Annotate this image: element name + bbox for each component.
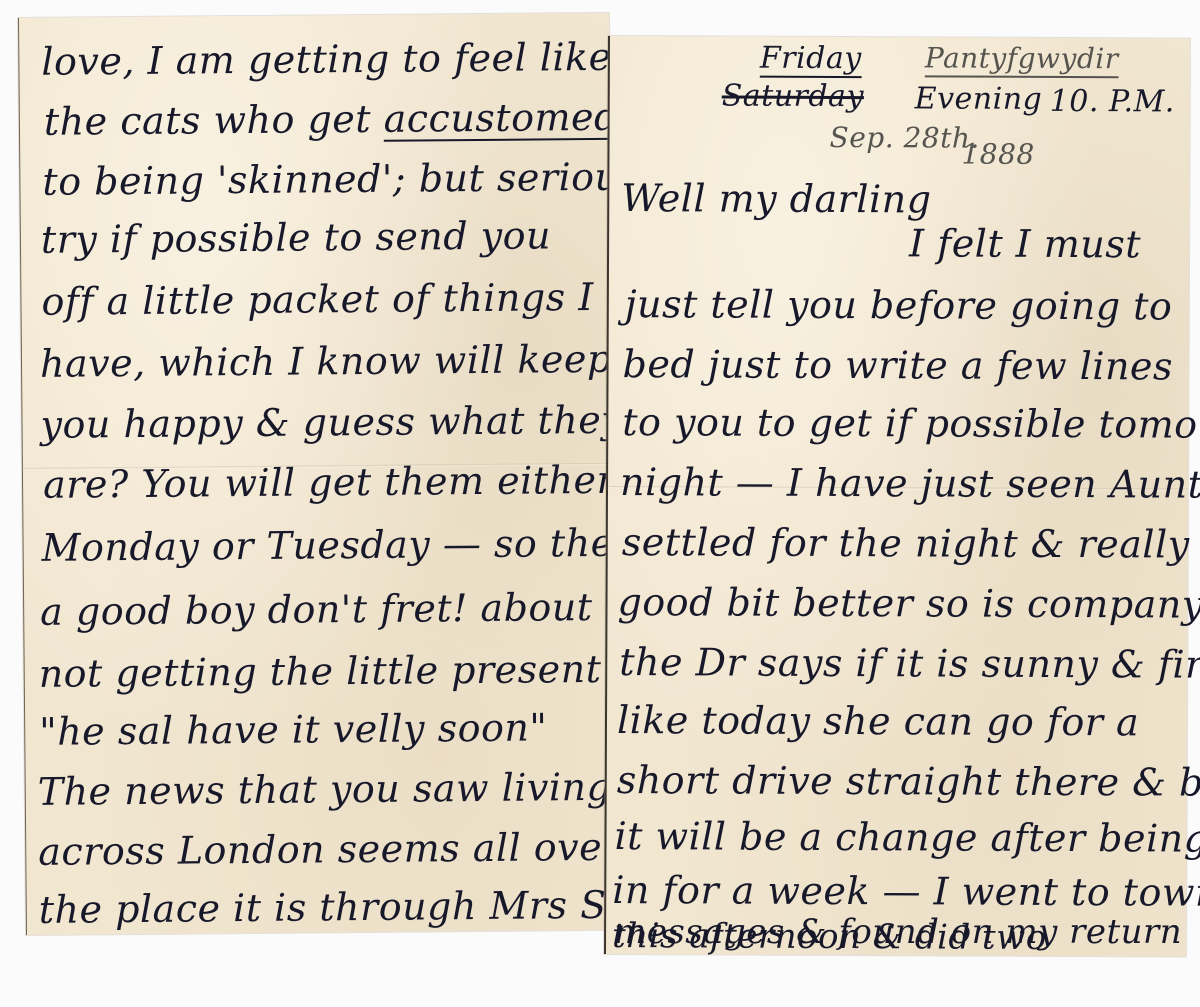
left-line-9: Monday or Tuesday — so there's [41,520,686,570]
header-time-of-day: Evening [915,81,1043,117]
right-line-9: like today she can go for a [617,698,1139,744]
right-line-4: to you to get if possible tomorrow [622,400,1200,447]
left-line-10: a good boy don't fret! about [40,585,593,634]
left-line-8: are? You will get them either [43,458,615,507]
right-line-6: settled for the night & really a [622,520,1200,567]
left-line-2: the cats who get accustomed [44,95,619,144]
header-time: 10. P.M. [1050,84,1175,120]
scanned-letter: love, I am getting to feel like the cats… [0,0,1200,1007]
left-line-4: try if possible to send you [41,213,551,261]
left-line-3: to being 'skinned'; but seriously [42,154,674,204]
right-line-2: just tell you before going to [625,282,1173,328]
header-year: 1888 [961,138,1034,171]
left-line-6: have, which I know will keep [40,337,612,386]
right-page: Friday Pantyfgwydir Saturday Evening 10.… [604,36,1190,957]
right-line-5: night — I have just seen Auntie [620,460,1200,507]
right-line-8: the Dr says if it is sunny & fine [619,640,1200,687]
left-line-5: off a little packet of things I [41,275,594,324]
header-date: Sep. 28th. [829,121,979,155]
right-line-3: bed just to write a few lines [622,342,1173,388]
right-line-14: messages & found on my return [614,912,1182,952]
header-day: Friday [760,41,862,76]
salutation: Well my darling [621,176,931,221]
right-line-10: short drive straight there & back [617,758,1200,805]
left-line-12: "he sal have it velly soon" [39,705,547,753]
underlined-word: accustomed [383,95,619,141]
left-line-13: The news that you saw living [38,765,612,814]
left-line-11: not getting the little present [39,647,602,696]
left-line-1: love, I am getting to feel like [41,35,612,84]
left-line-14: across London seems all over [38,825,621,874]
right-line-12: in for a week — I went to town [612,868,1200,915]
right-line-7: good bit better so is company [617,580,1200,627]
header-day-struck: Saturday [722,78,864,114]
left-page: love, I am getting to feel like the cats… [18,13,617,935]
right-line-11: it will be a change after being [614,814,1200,861]
right-line-1: I felt I must [909,221,1141,266]
header-place: Pantyfgwydir [925,41,1119,75]
left-line-7: you happy & guess what they [40,398,623,447]
